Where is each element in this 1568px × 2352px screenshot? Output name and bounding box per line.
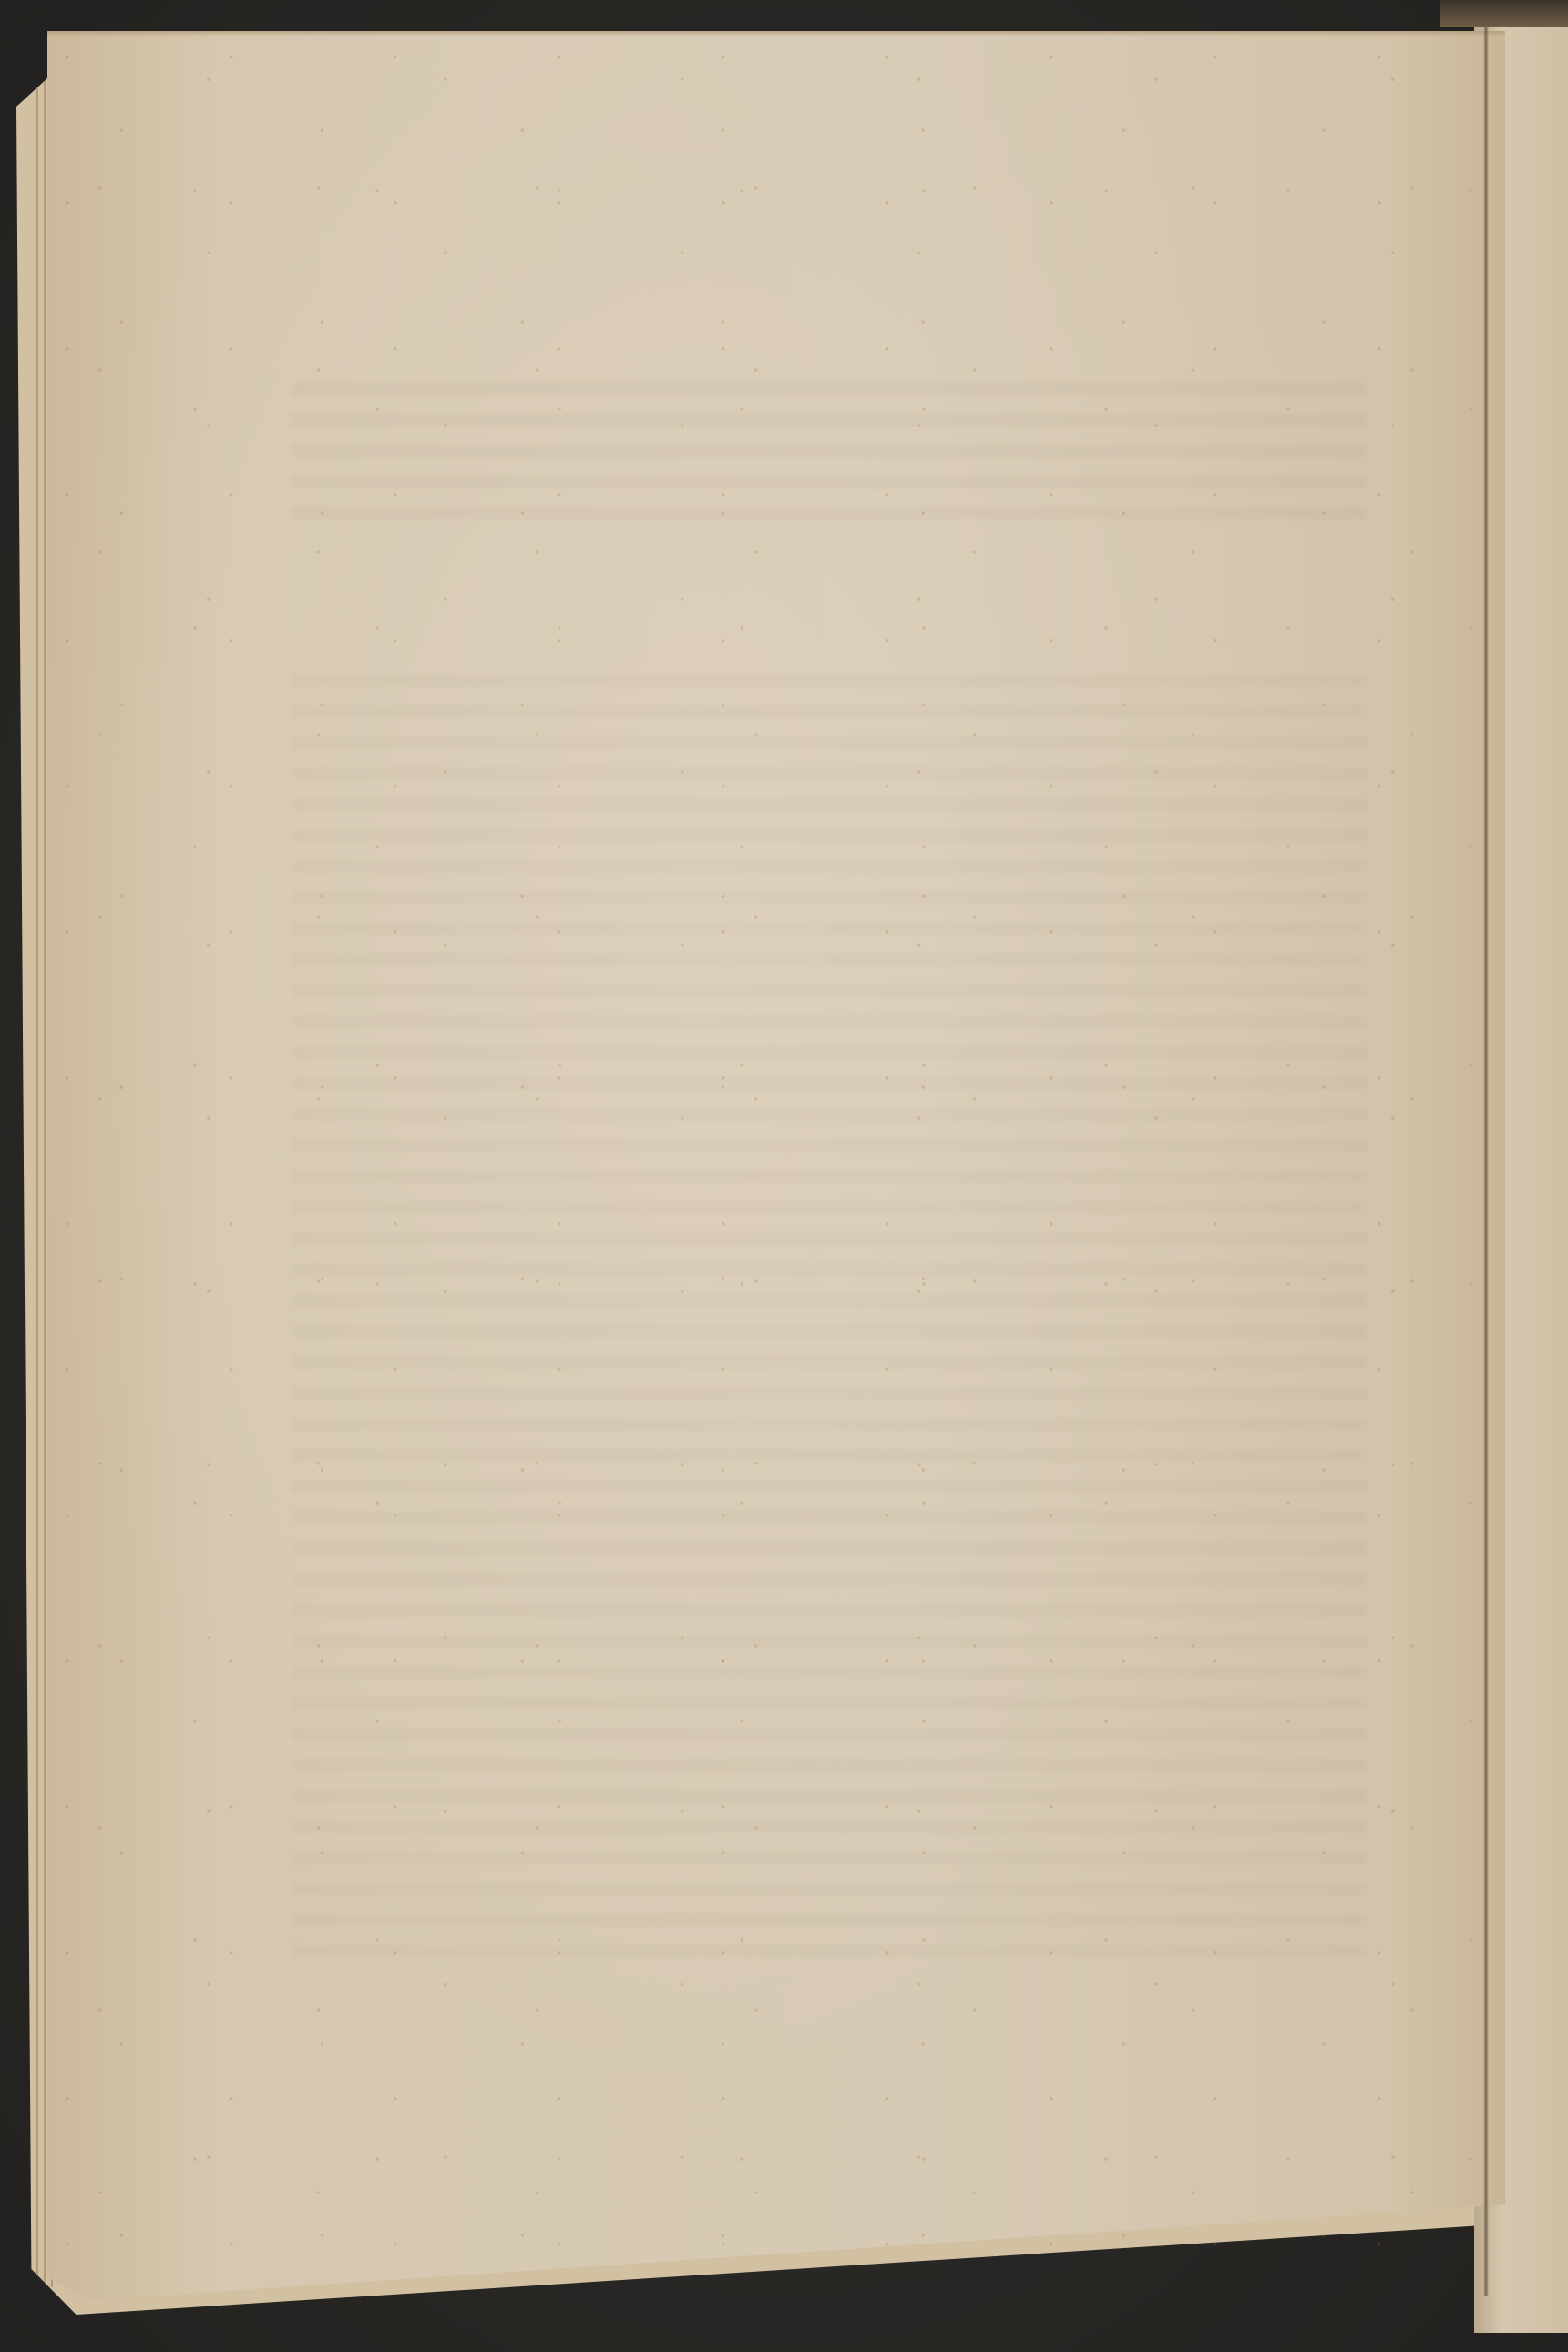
- page-edge-line: [44, 79, 46, 2287]
- page-top-edge: [47, 31, 1505, 36]
- scanned-page-view: blank verso with faint illegible mirrore…: [0, 0, 1568, 2352]
- bleed-through-title: [292, 383, 1367, 519]
- gutter-fold: [1483, 27, 1489, 2296]
- page-edge-line: [36, 79, 38, 2287]
- bleed-through-body: [292, 674, 1367, 1968]
- adjacent-page-top: [1440, 0, 1568, 27]
